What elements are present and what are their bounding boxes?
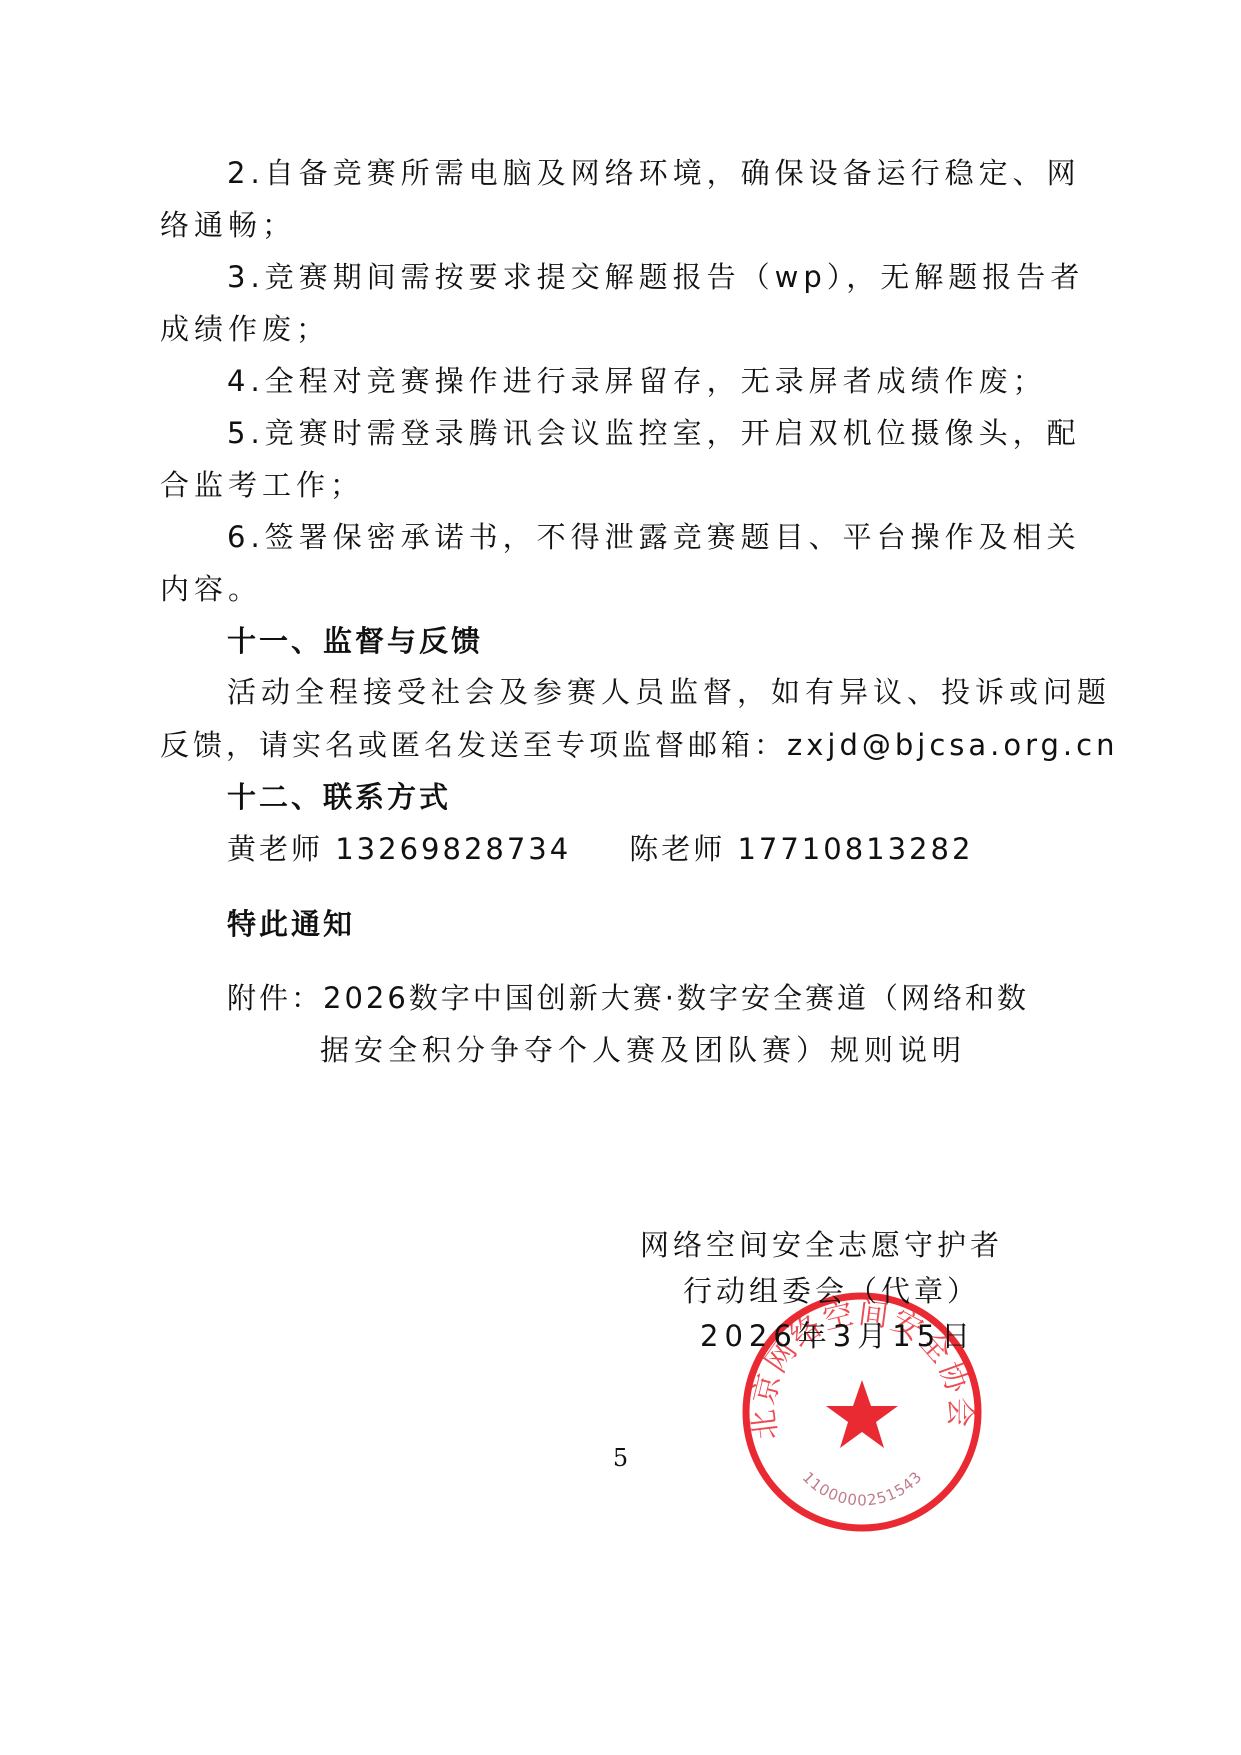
requirement-6-line1: 6.签署保密承诺书，不得泄露竞赛题目、平台操作及相关 (227, 519, 1081, 555)
contact-phone-2: 17710813282 (737, 832, 973, 866)
requirement-5-line1: 5.竞赛时需登录腾讯会议监控室，开启双机位摄像头，配 (227, 415, 1081, 451)
notice-closing: 特此通知 (227, 906, 355, 942)
attachment-line1: 附件：2026数字中国创新大赛·数字安全赛道（网络和数 (227, 980, 1029, 1016)
section-11-heading: 十一、监督与反馈 (227, 623, 483, 659)
section-11-body-line1: 活动全程接受社会及参赛人员监督，如有异议、投诉或问题 (227, 674, 1111, 710)
requirement-2-line1: 2.自备竞赛所需电脑及网络环境，确保设备运行稳定、网 (227, 155, 1081, 191)
svg-text:1100000251543: 1100000251543 (799, 1468, 926, 1510)
requirement-6-line2: 内容。 (160, 571, 262, 607)
requirement-3-line2: 成绩作废； (160, 311, 330, 347)
attachment-line2: 据安全积分争夺个人赛及团队赛）规则说明 (320, 1032, 966, 1068)
signature-org-line1: 网络空间安全志愿守护者 (640, 1227, 1003, 1263)
requirement-4: 4.全程对竞赛操作进行录屏留存，无录屏者成绩作废； (227, 363, 1047, 399)
contact-name-2: 陈老师 (629, 832, 725, 866)
requirement-5-line2: 合监考工作； (160, 467, 364, 503)
signature-org-line2: 行动组委会（代章） (683, 1273, 980, 1309)
contact-phone-1: 13269828734 (335, 832, 571, 866)
requirement-2-line2: 络通畅； (160, 207, 296, 243)
contact-line: 黄老师 13269828734陈老师 17710813282 (227, 831, 973, 867)
requirement-3-line1: 3.竞赛期间需按要求提交解题报告（wp），无解题报告者 (227, 259, 1084, 295)
contact-name-1: 黄老师 (227, 832, 323, 866)
document-page: 2.自备竞赛所需电脑及网络环境，确保设备运行稳定、网 络通畅； 3.竞赛期间需按… (0, 0, 1241, 1755)
page-number: 5 (0, 1444, 1241, 1472)
section-11-body-line2: 反馈，请实名或匿名发送至专项监督邮箱：zxjd@bjcsa.org.cn (160, 727, 1118, 763)
section-12-heading: 十二、联系方式 (227, 779, 451, 815)
signature-date: 2026年3月15日 (700, 1318, 976, 1354)
